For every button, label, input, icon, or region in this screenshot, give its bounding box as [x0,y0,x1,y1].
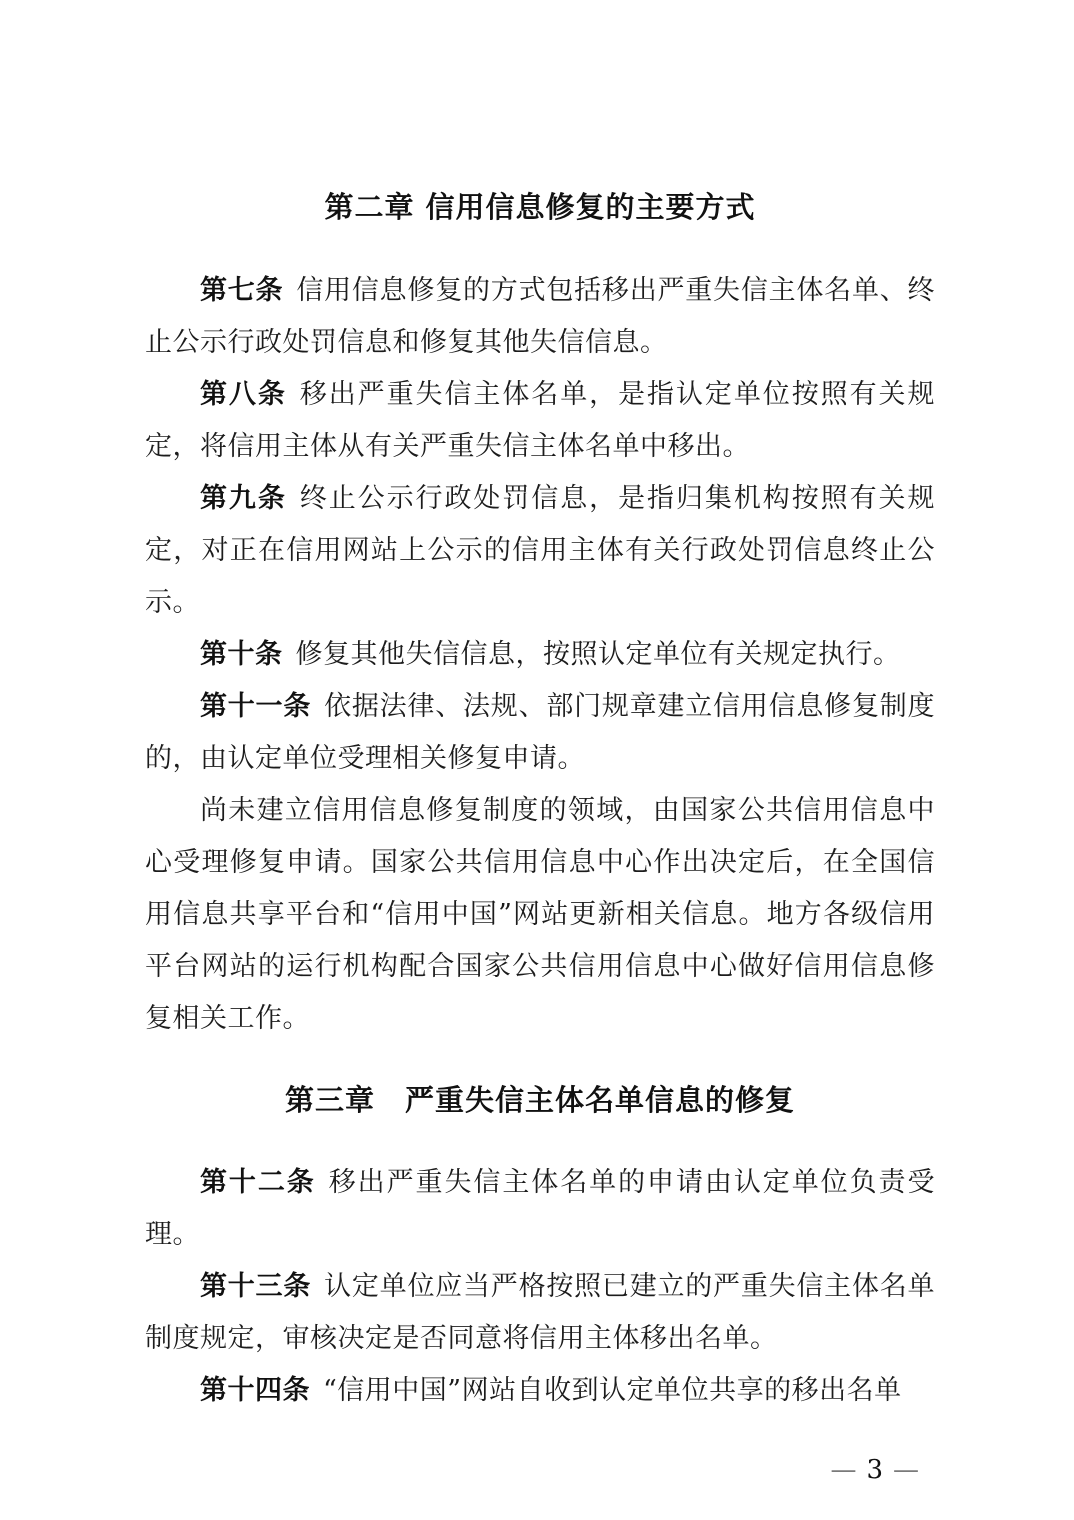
document-page: 第二章 信用信息修复的主要方式 第七条信用信息修复的方式包括移出严重失信主体名单… [0,0,1074,1520]
article-13-label: 第十三条 [200,1271,311,1302]
page-number: —3— [145,1455,935,1485]
chapter-3-body: 第十二条移出严重失信主体名单的申请由认定单位负责受理。 第十三条认定单位应当严格… [145,1157,935,1417]
page-number-left-dash: — [830,1455,856,1485]
article-10-paragraph: 第十条修复其他失信信息，按照认定单位有关规定执行。 [145,629,935,681]
chapter-2-heading: 第二章 信用信息修复的主要方式 [145,186,935,228]
article-8-label: 第八条 [200,379,287,410]
article-7-label: 第七条 [200,275,283,306]
article-10-label: 第十条 [200,639,283,670]
article-11-continuation-paragraph: 尚未建立信用信息修复制度的领域，由国家公共信用信息中心受理修复申请。国家公共信用… [145,785,935,1045]
chapter-3-heading: 第三章 严重失信主体名单信息的修复 [145,1079,935,1121]
article-9-paragraph: 第九条终止公示行政处罚信息，是指归集机构按照有关规定，对正在信用网站上公示的信用… [145,473,935,629]
article-11-paragraph: 第十一条依据法律、法规、部门规章建立信用信息修复制度的，由认定单位受理相关修复申… [145,681,935,785]
article-12-label: 第十二条 [200,1167,316,1198]
article-11-continuation-text: 尚未建立信用信息修复制度的领域，由国家公共信用信息中心受理修复申请。国家公共信用… [145,795,935,1034]
page-content: 第二章 信用信息修复的主要方式 第七条信用信息修复的方式包括移出严重失信主体名单… [145,186,935,1485]
article-11-label: 第十一条 [200,691,311,722]
page-number-right-dash: — [893,1455,919,1485]
chapter-2-body: 第七条信用信息修复的方式包括移出严重失信主体名单、终止公示行政处罚信息和修复其他… [145,265,935,1045]
article-14-text: “信用中国”网站自收到认定单位共享的移出名单 [323,1375,902,1406]
article-14-label: 第十四条 [200,1375,310,1406]
article-8-paragraph: 第八条移出严重失信主体名单，是指认定单位按照有关规定，将信用主体从有关严重失信主… [145,369,935,473]
article-12-paragraph: 第十二条移出严重失信主体名单的申请由认定单位负责受理。 [145,1157,935,1261]
article-13-paragraph: 第十三条认定单位应当严格按照已建立的严重失信主体名单制度规定，审核决定是否同意将… [145,1261,935,1365]
article-10-text: 修复其他失信信息，按照认定单位有关规定执行。 [296,639,901,670]
page-number-value: 3 [866,1455,883,1485]
article-9-label: 第九条 [200,483,287,514]
article-7-paragraph: 第七条信用信息修复的方式包括移出严重失信主体名单、终止公示行政处罚信息和修复其他… [145,265,935,369]
article-14-paragraph: 第十四条“信用中国”网站自收到认定单位共享的移出名单 [145,1365,935,1417]
